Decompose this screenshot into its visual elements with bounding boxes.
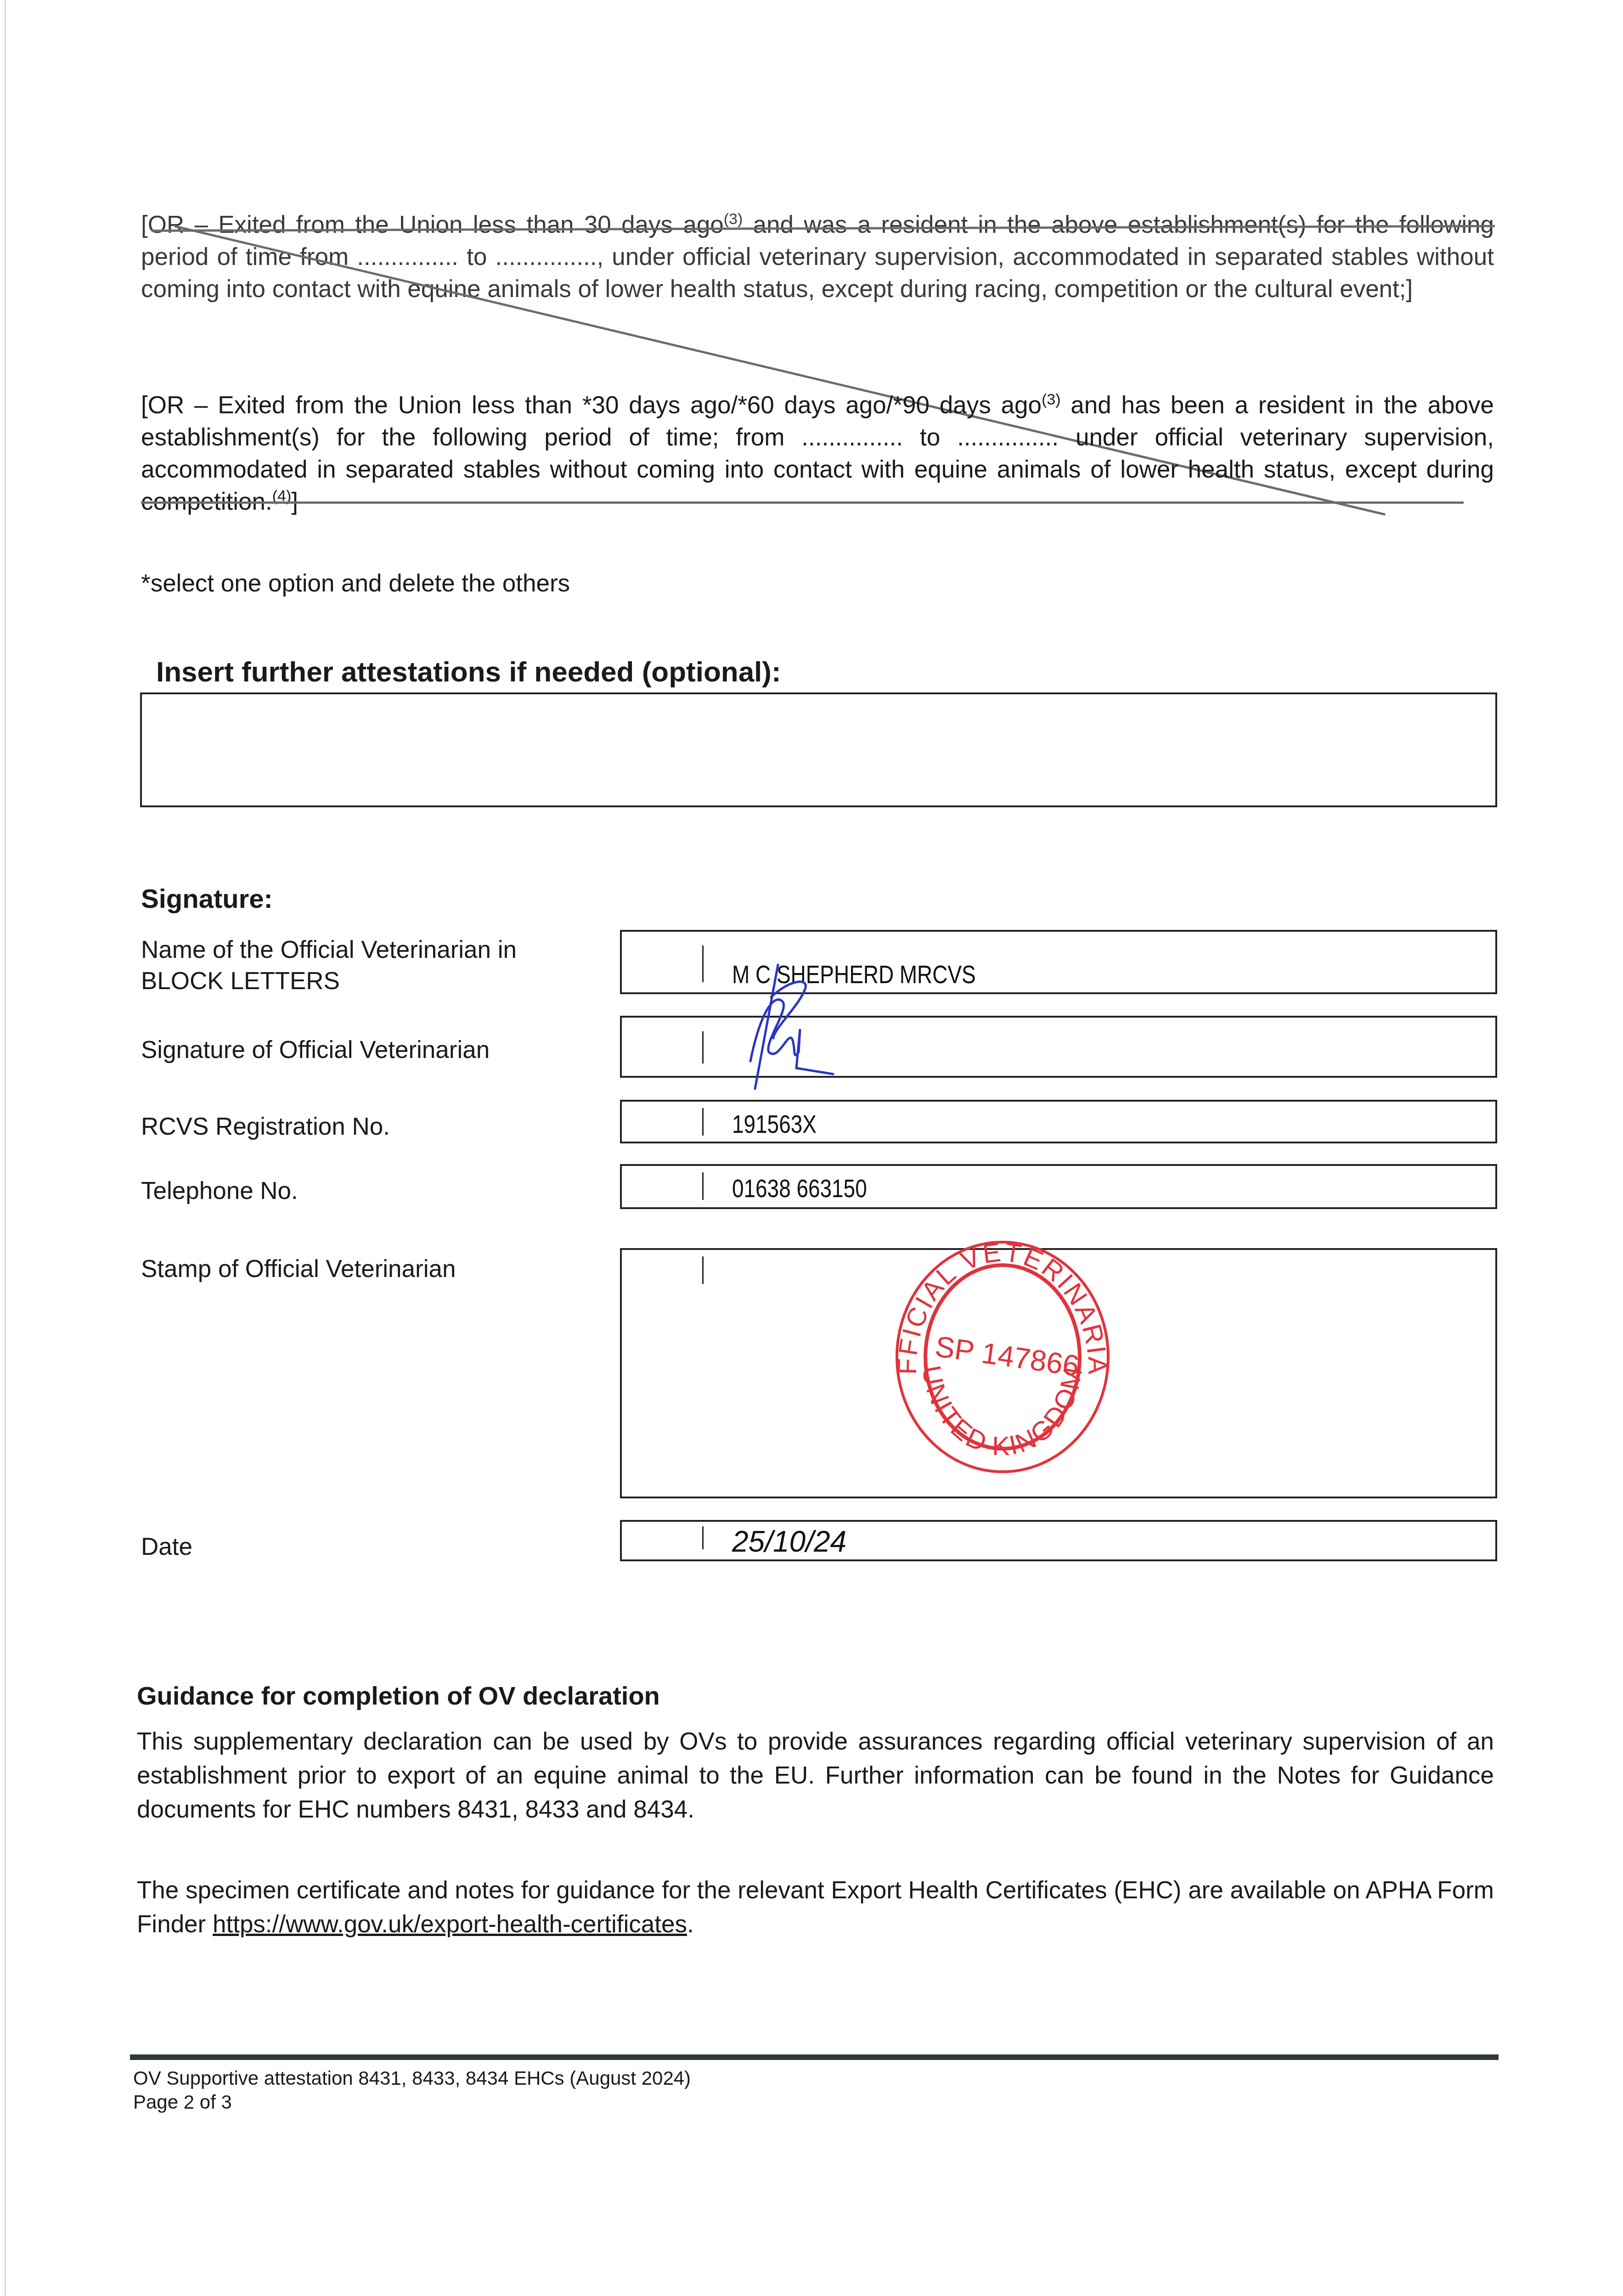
guidance-paragraph-1: This supplementary declaration can be us… — [137, 1725, 1494, 1827]
option-2-text: [OR – Exited from the Union less than *3… — [141, 392, 1042, 419]
telephone-value: 01638 663150 — [732, 1173, 867, 1203]
export-health-certificates-link[interactable]: https://www.gov.uk/export-health-certifi… — [213, 1911, 687, 1938]
select-option-note: *select one option and delete the others — [141, 569, 570, 597]
footer-document-title: OV Supportive attestation 8431, 8433, 84… — [133, 2066, 691, 2090]
footer-rule — [130, 2054, 1499, 2060]
page-edge — [5, 0, 6, 2296]
field-marker — [702, 945, 704, 982]
option-1-text: [OR – Exited from the Union less than 30… — [141, 211, 724, 238]
rcvs-number-value: 191563X — [732, 1109, 817, 1139]
label-ov-name: Name of the Official Veterinarian in BLO… — [141, 934, 582, 997]
label-ov-signature: Signature of Official Veterinarian — [141, 1035, 582, 1066]
field-marker — [702, 1172, 704, 1200]
date-field[interactable]: 25/10/24 — [620, 1520, 1497, 1561]
label-stamp: Stamp of Official Veterinarian — [141, 1254, 582, 1285]
field-marker — [702, 1108, 704, 1136]
ov-signature-field[interactable] — [620, 1016, 1497, 1078]
guidance-paragraph-2: The specimen certificate and notes for g… — [137, 1874, 1494, 1941]
attestations-input[interactable] — [140, 692, 1497, 807]
label-telephone: Telephone No. — [141, 1176, 582, 1207]
footer-page-number: Page 2 of 3 — [133, 2090, 232, 2114]
attestations-heading: Insert further attestations if needed (o… — [156, 656, 781, 688]
period: . — [687, 1911, 694, 1938]
signature-heading: Signature: — [141, 884, 273, 914]
field-marker — [702, 1526, 704, 1549]
label-date: Date — [141, 1531, 582, 1563]
label-rcvs-number: RCVS Registration No. — [141, 1111, 582, 1142]
handwritten-signature — [723, 960, 842, 1093]
strike-through-line — [141, 501, 1464, 504]
field-marker — [702, 1256, 704, 1284]
footnote-ref: (3) — [724, 210, 743, 228]
date-value: 25/10/24 — [732, 1525, 846, 1559]
option-struck-1: [OR – Exited from the Union less than 30… — [141, 209, 1494, 305]
official-veterinarian-stamp: OFFICIAL VETERINARIAN UNITED KINGDOM SP … — [873, 1235, 1130, 1474]
option-struck-2: [OR – Exited from the Union less than *3… — [141, 389, 1494, 518]
rcvs-number-field[interactable]: 191563X — [620, 1100, 1497, 1143]
footnote-ref: (3) — [1042, 391, 1061, 408]
stamp-number: SP 147866 — [933, 1330, 1082, 1383]
field-marker — [702, 1031, 704, 1064]
guidance-heading: Guidance for completion of OV declaratio… — [137, 1681, 660, 1711]
telephone-field[interactable]: 01638 663150 — [620, 1164, 1497, 1209]
